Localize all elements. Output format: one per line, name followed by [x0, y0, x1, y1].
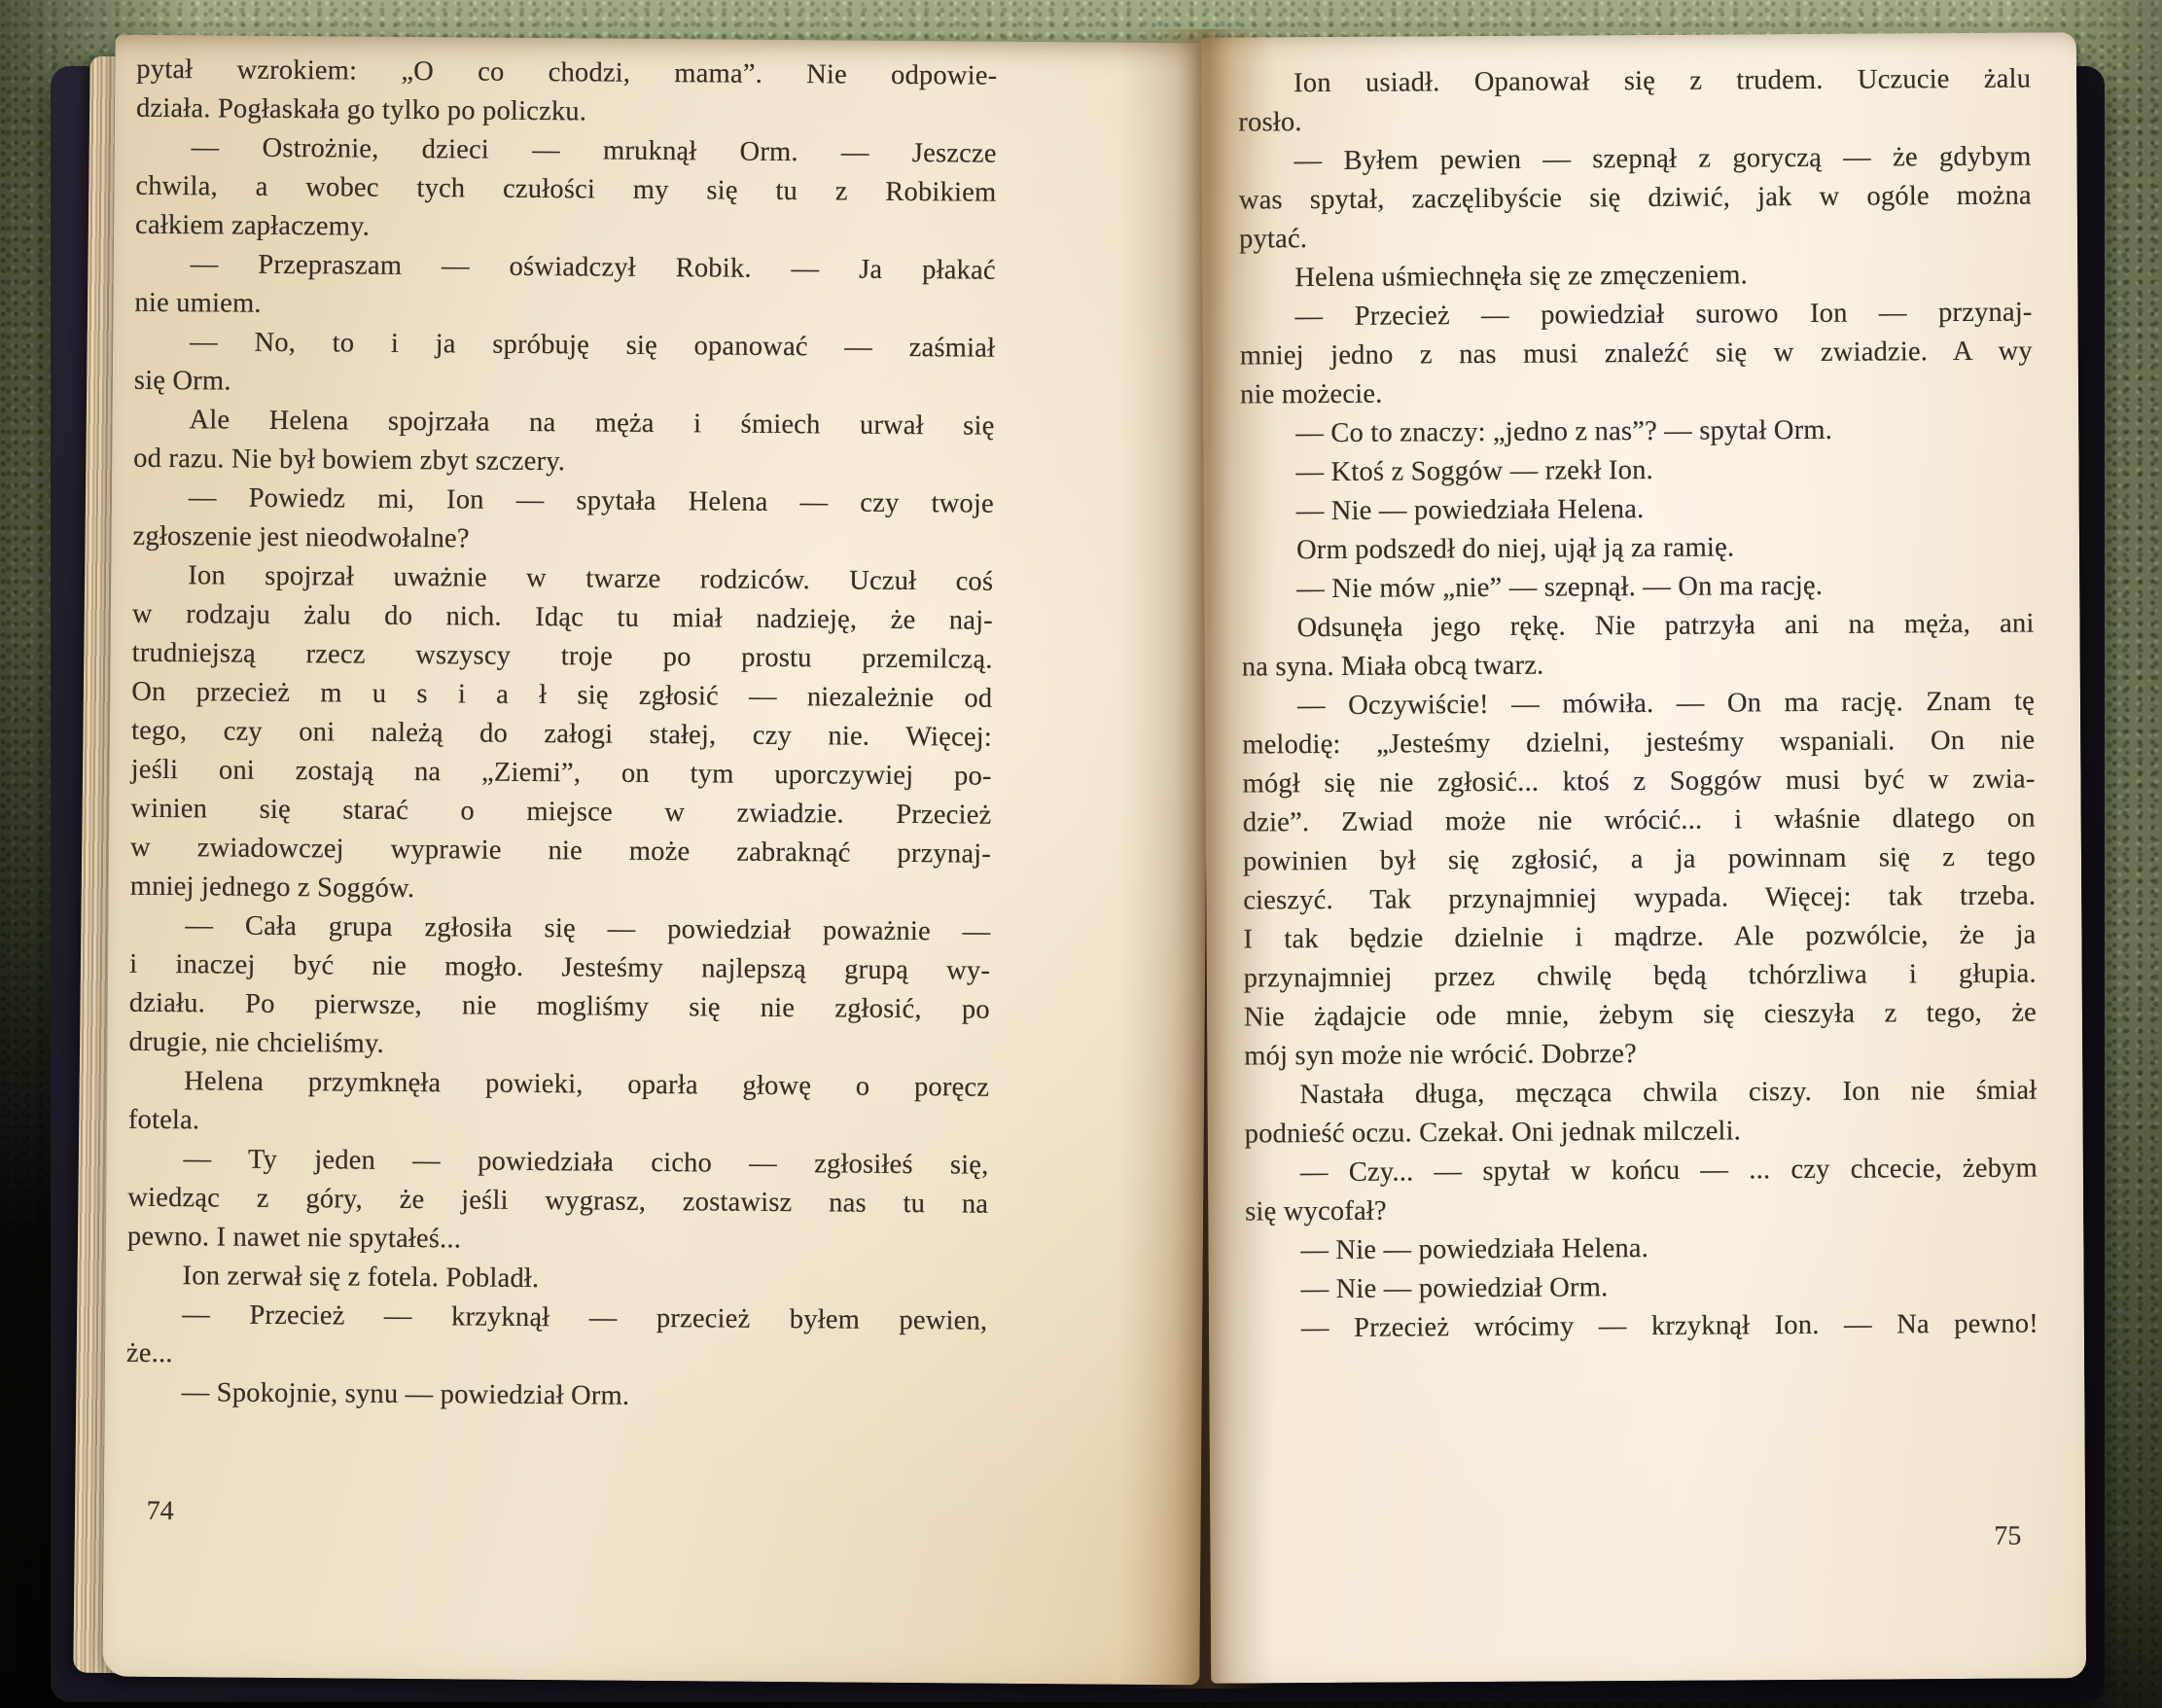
text-line: przynajmniej przez chwilę będą tchórzliw… — [1244, 955, 2037, 999]
text-line: Nie żądajcie ode mnie, żebym się cieszył… — [1244, 994, 2037, 1038]
text-line: Ale Helena spojrzała na męża i śmiech ur… — [133, 401, 994, 446]
text-line: i inaczej być nie mogło. Jesteśmy najlep… — [129, 945, 990, 991]
text-line: mógł się nie zgłosić... ktoś z Soggów mu… — [1242, 761, 2035, 804]
right-page-number: 75 — [1994, 1521, 2021, 1552]
text-line: fotela. — [128, 1101, 989, 1147]
text-line: nie umiem. — [134, 284, 995, 330]
left-page: pytał wzrokiem: „O co chodzi, mama”. Nie… — [102, 35, 1212, 1686]
text-line: na syna. Miała obcą twarz. — [1242, 644, 2035, 688]
text-line: działu. Po pierwsze, nie mogliśmy się ni… — [129, 984, 990, 1030]
text-line: pytać. — [1239, 216, 2032, 260]
text-line: — Przecież wrócimy — krzyknął Ion. — Na … — [1246, 1305, 2038, 1349]
text-line: — Spokojnie, synu — powiedział Orm. — [126, 1373, 987, 1419]
text-line: zgłoszenie jest nieodwołalne? — [132, 517, 993, 563]
text-line: — Powiedz mi, Ion — spytała Helena — czy… — [133, 479, 994, 524]
book-photo-scene: pytał wzrokiem: „O co chodzi, mama”. Nie… — [0, 0, 2162, 1708]
text-line: was spytał, zaczęlibyście się dziwić, ja… — [1239, 177, 2032, 221]
left-page-number: 74 — [147, 1496, 174, 1527]
text-line: powinien był się zgłosić, a ja powinnam … — [1243, 838, 2036, 882]
text-line: — Byłem pewien — szepnął z goryczą — że … — [1238, 138, 2031, 182]
text-line: mniej jedno z nas musi znaleźć się w zwi… — [1240, 333, 2033, 376]
text-line: winien się starać o miejsce w zwiadzie. … — [130, 790, 991, 836]
text-line: trudniejszą rzecz wszyscy troje po prost… — [131, 634, 992, 680]
text-line: — Przecież — powiedział surowo Ion — prz… — [1239, 294, 2032, 338]
text-line: działa. Pogłaskała go tylko po policzku. — [136, 89, 997, 135]
text-line: od razu. Nie był bowiem zbyt szczery. — [133, 440, 994, 485]
text-line: Nastała długa, męcząca chwila ciszy. Ion… — [1244, 1072, 2037, 1116]
text-line: że... — [126, 1334, 987, 1380]
left-page-text: pytał wzrokiem: „O co chodzi, mama”. Nie… — [126, 51, 998, 1419]
text-line: — Przepraszam — oświadczył Robik. — Ja p… — [135, 245, 996, 291]
text-line: — Ostrożnie, dzieci — mruknął Orm. — Jes… — [136, 128, 997, 174]
text-line: — Nie — powiedziała Helena. — [1245, 1228, 2038, 1271]
text-line: Orm podszedł do niej, ujął ją za ramię. — [1241, 527, 2034, 571]
text-line: się Orm. — [134, 362, 995, 408]
text-line: melodię: „Jesteśmy dzielni, jesteśmy wsp… — [1242, 722, 2035, 765]
text-line: — Co to znaczy: „jedno z nas”? — spytał … — [1240, 410, 2033, 454]
text-line: cieszyć. Tak przynajmniej wypada. Więcej… — [1243, 877, 2036, 921]
text-line: Ion zerwał się z fotela. Pobladł. — [126, 1257, 987, 1302]
right-page: Ion usiadł. Opanował się z trudem. Uczuc… — [1201, 32, 2086, 1683]
text-line: nie możecie. — [1240, 372, 2033, 415]
text-line: jeśli oni zostają na „Ziemi”, on tym upo… — [131, 751, 992, 797]
text-line: — Nie — powiedział Orm. — [1246, 1266, 2038, 1310]
text-line: całkiem zapłaczemy. — [135, 206, 996, 252]
text-line: — Przecież — krzyknął — przecież byłem p… — [126, 1296, 987, 1341]
text-line: — Oczywiście! — mówiła. — On ma rację. Z… — [1242, 683, 2035, 727]
text-line: — Cała grupa zgłosiła się — powiedział p… — [129, 907, 990, 952]
text-line: I tak będzie dzielnie i mądrze. Ale pozw… — [1243, 916, 2036, 960]
text-line: w rodzaju żalu do nich. Idąc tu miał nad… — [132, 595, 993, 641]
text-line: Ion usiadł. Opanował się z trudem. Uczuc… — [1238, 60, 2031, 104]
text-line: — Ty jeden — powiedziała cicho — zgłosił… — [127, 1140, 988, 1186]
text-line: — Nie — powiedziała Helena. — [1241, 488, 2034, 532]
text-line: — Nie mów „nie” — szepnął. — On ma rację… — [1241, 566, 2034, 610]
text-line: mój syn może nie wrócić. Dobrze? — [1244, 1033, 2037, 1077]
text-line: wiedząc z góry, że jeśli wygrasz, zostaw… — [127, 1179, 988, 1225]
text-line: mniej jednego z Soggów. — [130, 868, 991, 913]
text-line: chwila, a wobec tych czułości my się tu … — [135, 167, 996, 213]
text-line: — No, to i ja spróbuję się opanować — za… — [134, 323, 995, 369]
text-line: w zwiadowczej wyprawie nie może zabrakną… — [130, 829, 991, 874]
text-line: Helena przymknęła powieki, oparła głowę … — [128, 1062, 989, 1108]
right-page-text: Ion usiadł. Opanował się z trudem. Uczuc… — [1238, 60, 2038, 1349]
text-line: tego, czy oni należą do załogi stałej, c… — [131, 712, 992, 758]
text-line: — Czy... — spytał w końcu — ... czy chce… — [1245, 1150, 2038, 1193]
text-line: — Ktoś z Soggów — rzekł Ion. — [1240, 449, 2033, 493]
text-line: Helena uśmiechnęła się ze zmęczeniem. — [1239, 255, 2032, 299]
text-line: drugie, nie chcieliśmy. — [128, 1023, 989, 1069]
text-line: pewno. I nawet nie spytałeś... — [127, 1218, 988, 1263]
text-line: się wycofał? — [1245, 1189, 2038, 1232]
text-line: podnieść oczu. Czekał. Oni jednak milcze… — [1245, 1111, 2038, 1155]
text-line: Odsunęła jego rękę. Nie patrzyła ani na … — [1241, 605, 2034, 649]
text-line: pytał wzrokiem: „O co chodzi, mama”. Nie… — [136, 51, 997, 96]
text-line: dzie”. Zwiad może nie wrócić... i właśni… — [1243, 800, 2036, 843]
text-line: rosło. — [1238, 99, 2031, 143]
text-line: On przecież m u s i a ł się zgłosić — ni… — [131, 673, 992, 719]
text-line: Ion spojrzał uważnie w twarze rodziców. … — [132, 556, 993, 602]
